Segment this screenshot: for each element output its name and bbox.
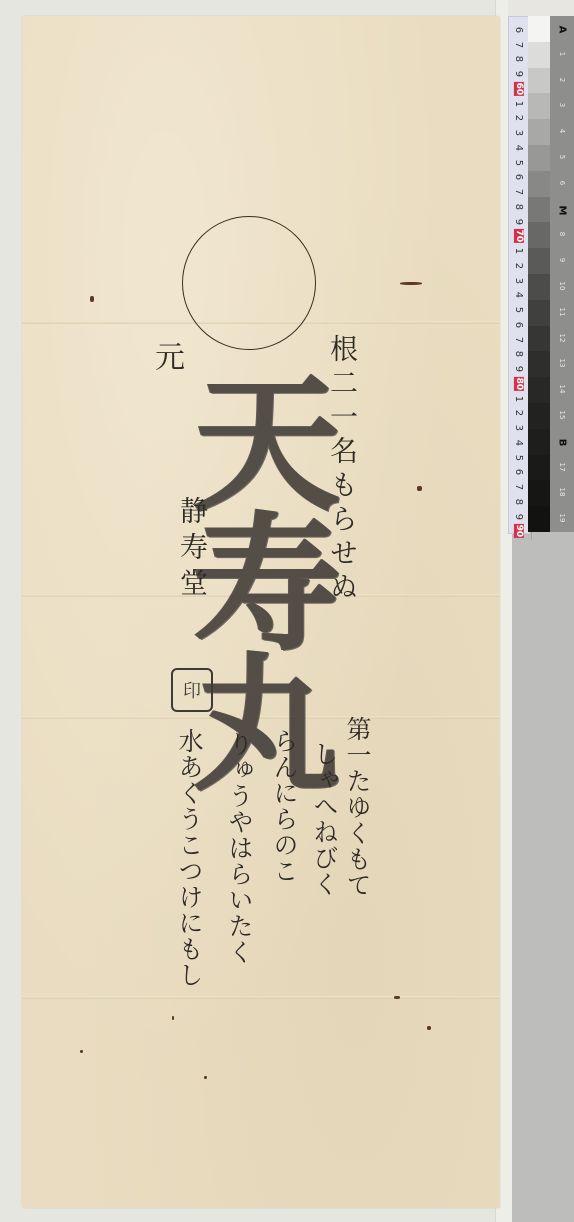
grayscale-label: 14 (558, 377, 566, 401)
grayscale-label: 10 (558, 274, 566, 298)
grayscale-patch (528, 274, 550, 300)
grayscale-label: 2 (558, 68, 566, 92)
grayscale-patch (528, 300, 550, 326)
grayscale-patch (528, 222, 550, 248)
gray-background-panel (512, 532, 574, 1222)
ruler-tick-label: 90 (514, 524, 524, 539)
ruler-tick-label: 7 (513, 189, 524, 195)
grayscale-chart (528, 16, 550, 532)
paper-speck (400, 282, 422, 285)
ruler-tick-label: 3 (513, 130, 524, 136)
ruler-tick-label: 9 (513, 513, 524, 519)
ruler-tick-label: 8 (513, 204, 524, 210)
grayscale-patch (528, 455, 550, 481)
ruler-tick-label: 6 (513, 174, 524, 180)
top-strip (508, 0, 574, 16)
ruler-tick-label: 9 (513, 366, 524, 372)
body-line: しゃへねびく (307, 741, 342, 897)
ruler-tick-label: 8 (513, 351, 524, 357)
grayscale-patch (528, 171, 550, 197)
grayscale-patch (528, 429, 550, 455)
right-column-text: 根二一名もらせぬ (322, 334, 362, 606)
grayscale-patch (528, 351, 550, 377)
paper-speck (394, 996, 400, 999)
ruler-tick-label: 7 (513, 336, 524, 342)
body-line: らんにらのこ (267, 728, 302, 884)
grayscale-label: 6 (558, 171, 566, 195)
ruler-tick-label: 5 (513, 159, 524, 165)
grayscale-label: 12 (558, 326, 566, 350)
ruler-tick-label: 9 (513, 71, 524, 77)
ruler-tick-label: 2 (513, 410, 524, 416)
grayscale-label: 1 (558, 42, 566, 66)
grayscale-patch (528, 377, 550, 403)
ruler-tick-label: 4 (513, 145, 524, 151)
grayscale-label: M (557, 198, 568, 222)
ruler-tick-label: 4 (513, 440, 524, 446)
grayscale-label: 11 (558, 300, 566, 324)
ruler-tick-label: 6 (513, 322, 524, 328)
grayscale-label: 8 (558, 222, 566, 246)
seal-stamp-icon: 印 (171, 668, 213, 712)
grayscale-patch (528, 326, 550, 352)
printed-sheet: 天寿丸 元 静寿堂 根二一名もらせぬ 印 第一たゆくもて しゃへねびく らんにら… (22, 16, 500, 1208)
grayscale-patch (528, 145, 550, 171)
grayscale-patch (528, 119, 550, 145)
ruler-tick-label: 7 (513, 484, 524, 490)
ruler-tick-label: 8 (513, 498, 524, 504)
grayscale-label: 13 (558, 351, 566, 375)
ruler-tick-label: 6 (513, 469, 524, 475)
ruler-tick-label: 1 (513, 100, 524, 106)
ruler-tick-label: 9 (513, 218, 524, 224)
grayscale-patch (528, 480, 550, 506)
grayscale-patch (528, 403, 550, 429)
grayscale-label: 19 (558, 506, 566, 530)
grayscale-label: 5 (558, 145, 566, 169)
origin-label: 元 (144, 341, 188, 375)
ruler-tick-label: 3 (513, 277, 524, 283)
ruler-tick-label: 5 (513, 454, 524, 460)
paper-speck (80, 1050, 83, 1053)
ruler-tick-label: 1 (513, 395, 524, 401)
ruler-tick-label: 80 (514, 376, 524, 391)
paper-speck (90, 296, 94, 302)
ruler-tick-label: 6 (513, 27, 524, 33)
grayscale-patch (528, 68, 550, 94)
grayscale-label: 9 (558, 248, 566, 272)
grayscale-label: B (557, 430, 568, 454)
ruler-tick-label: 5 (513, 307, 524, 313)
paper-speck (204, 1076, 207, 1079)
grayscale-label: A (557, 17, 568, 41)
grayscale-label: 18 (558, 480, 566, 504)
grayscale-patch (528, 197, 550, 223)
ruler-tick-label: 2 (513, 263, 524, 269)
measurement-ruler: 678960123456789701234567898012345678990 (508, 16, 530, 534)
body-line: 第一たゆくもて (340, 716, 375, 898)
paper-speck (417, 486, 422, 491)
grayscale-patch (528, 248, 550, 274)
body-line: りゅうやはらいたく (222, 731, 257, 965)
ruler-tick-label: 1 (513, 248, 524, 254)
grayscale-label: 15 (558, 403, 566, 427)
grayscale-label: 3 (558, 93, 566, 117)
circle-emblem (182, 216, 316, 350)
grayscale-labels: A123456M89101112131415B171819 (550, 16, 574, 532)
paper-speck (172, 1016, 174, 1020)
body-line: 水あくうこつけにもし (172, 728, 207, 988)
maker-name: 静寿堂 (172, 496, 212, 604)
grayscale-label: 4 (558, 119, 566, 143)
ruler-tick-label: 7 (513, 41, 524, 47)
grayscale-patch (528, 506, 550, 532)
grayscale-patch (528, 93, 550, 119)
ruler-tick-label: 8 (513, 56, 524, 62)
fold-line (22, 996, 500, 999)
paper-speck (427, 1026, 431, 1030)
grayscale-label: 17 (558, 455, 566, 479)
ruler-tick-label: 2 (513, 115, 524, 121)
grayscale-patch (528, 16, 550, 42)
grayscale-patch (528, 42, 550, 68)
ruler-tick-label: 4 (513, 292, 524, 298)
ruler-tick-label: 3 (513, 425, 524, 431)
